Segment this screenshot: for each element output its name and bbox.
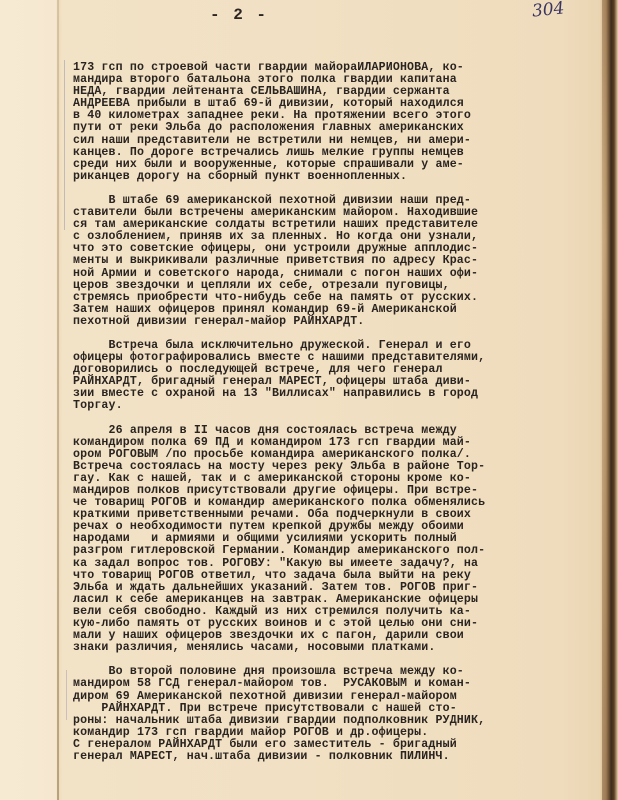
text-line: что товарищ РОГОВ ответил, что задача бы…: [73, 570, 593, 582]
archive-handwritten-number: 304: [531, 0, 565, 22]
text-line: ка задал вопрос тов. РОГОВУ: "Какую вы и…: [73, 558, 593, 570]
text-line: командиром полка 69 ПД и командиром 173 …: [73, 437, 593, 449]
text-line: генерал МАРЕСТ, нач.штаба дивизии - полк…: [73, 751, 593, 763]
text-line: ной Армии и советского народа, снимали с…: [73, 268, 593, 280]
page-edge-stain: [602, 0, 610, 800]
text-line: риканцев дорогу на сборный пункт военноп…: [73, 171, 593, 183]
paragraph-5: Во второй половине дня произошла встреча…: [73, 666, 593, 763]
paragraph-1: 173 гсп по строевой части гвардии майора…: [73, 62, 593, 183]
text-line: менты и выкрикивали различные приветстви…: [73, 255, 593, 267]
text-line: пехотной дивизии генерал-майор РАЙНХАРДТ…: [73, 316, 593, 328]
text-line: зии вместе с охраной на 13 "Виллисах" на…: [73, 388, 593, 400]
text-line: канцев. По дороге встречались лишь мелки…: [73, 147, 593, 159]
text-line: роны: начальник штаба дивизии гвардии по…: [73, 715, 593, 727]
text-line: сил наши представители не встретили ни н…: [73, 135, 593, 147]
text-line: церов звездочки и цепляли их себе, отрез…: [73, 280, 593, 292]
margin-pencil-mark: [64, 60, 65, 230]
margin-pencil-mark: [66, 670, 67, 720]
text-line: ором РОГОВЫМ /по просьбе командира амери…: [73, 449, 593, 461]
page-fold-line: [57, 0, 59, 800]
paragraph-2: В штабе 69 американской пехотной дивизии…: [73, 195, 593, 328]
text-line: разгром гитлеровской Германии. Командир …: [73, 545, 593, 557]
paragraph-3: Встреча была исключительно дружеской. Ге…: [73, 340, 593, 413]
text-line: стремясь приобрести что-нибудь себе на п…: [73, 292, 593, 304]
text-line: РАЙНХАРДТ. При встрече присутствовали с …: [73, 703, 593, 715]
paragraph-gap: [73, 413, 593, 425]
text-line: мандиром 58 ГСД генерал-майором тов. РУС…: [73, 678, 593, 690]
text-line: пути от реки Эльба до расположения главн…: [73, 122, 593, 134]
page-number: - 2 -: [210, 6, 268, 24]
document-body: 173 гсп по строевой части гвардии майора…: [73, 62, 593, 763]
paragraph-4: 26 апреля в II часов дня состоялась встр…: [73, 425, 593, 655]
text-line: Торгау.: [73, 400, 593, 412]
document-page: - 2 - 304 173 гсп по строевой части гвар…: [0, 0, 618, 800]
text-line: 26 апреля в II часов дня состоялась встр…: [73, 425, 593, 437]
text-line: диром 69 Американской пехотной дивизии г…: [73, 691, 593, 703]
text-line: знаки различия, менялись часами, носовым…: [73, 642, 593, 654]
